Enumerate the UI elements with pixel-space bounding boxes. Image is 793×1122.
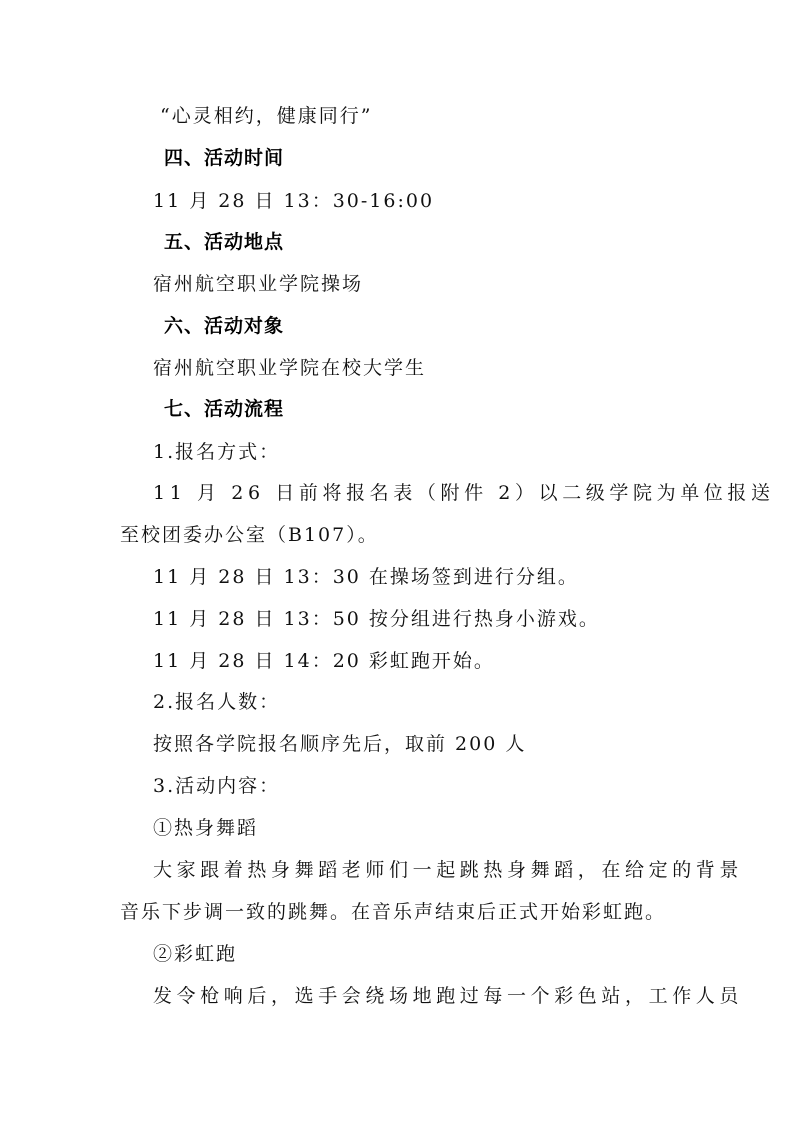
section-heading-location: 五、活动地点 [164,230,284,254]
warmup-dance-text-2: 音乐下步调一致的跳舞。在音乐声结束后正式开始彩虹跑。 [120,900,666,924]
registration-method-text-2: 至校团委办公室（B107）。 [120,523,379,547]
activity-target-value: 宿州航空职业学院在校大学生 [153,356,426,380]
rainbow-run-text-1: 发令枪响后，选手会绕场地跑过每一个彩色站，工作人员 [153,984,743,1008]
registration-method-text-1: 11 月 26 日前将报名表（附件 2）以二级学院为单位报送 [153,481,775,505]
activity-location-value: 宿州航空职业学院操场 [153,272,363,296]
section-heading-target: 六、活动对象 [164,314,284,338]
registration-method-label: 1.报名方式： [153,440,280,464]
schedule-item-warmup-game: 11 月 28 日 13：50 按分组进行热身小游戏。 [153,607,600,631]
slogan-line: “心灵相约，健康同行” [160,104,372,128]
document-page: “心灵相约，健康同行” 四、活动时间 11 月 28 日 13：30-16:00… [0,0,793,1122]
subitem-warmup-dance: ①热身舞蹈 [153,816,258,840]
section-heading-process: 七、活动流程 [164,397,284,421]
warmup-dance-text-1: 大家跟着热身舞蹈老师们一起跳热身舞蹈，在给定的背景 [153,858,743,882]
registration-count-label: 2.报名人数： [153,690,280,714]
subitem-rainbow-run: ②彩虹跑 [153,942,237,966]
registration-count-text: 按照各学院报名顺序先后，取前 200 人 [153,732,526,756]
section-heading-time: 四、活动时间 [164,146,284,170]
activity-time-value: 11 月 28 日 13：30-16:00 [153,189,434,213]
schedule-item-start: 11 月 28 日 14：20 彩虹跑开始。 [153,649,495,673]
schedule-item-signin: 11 月 28 日 13：30 在操场签到进行分组。 [153,565,579,589]
activity-content-label: 3.活动内容： [153,774,280,798]
